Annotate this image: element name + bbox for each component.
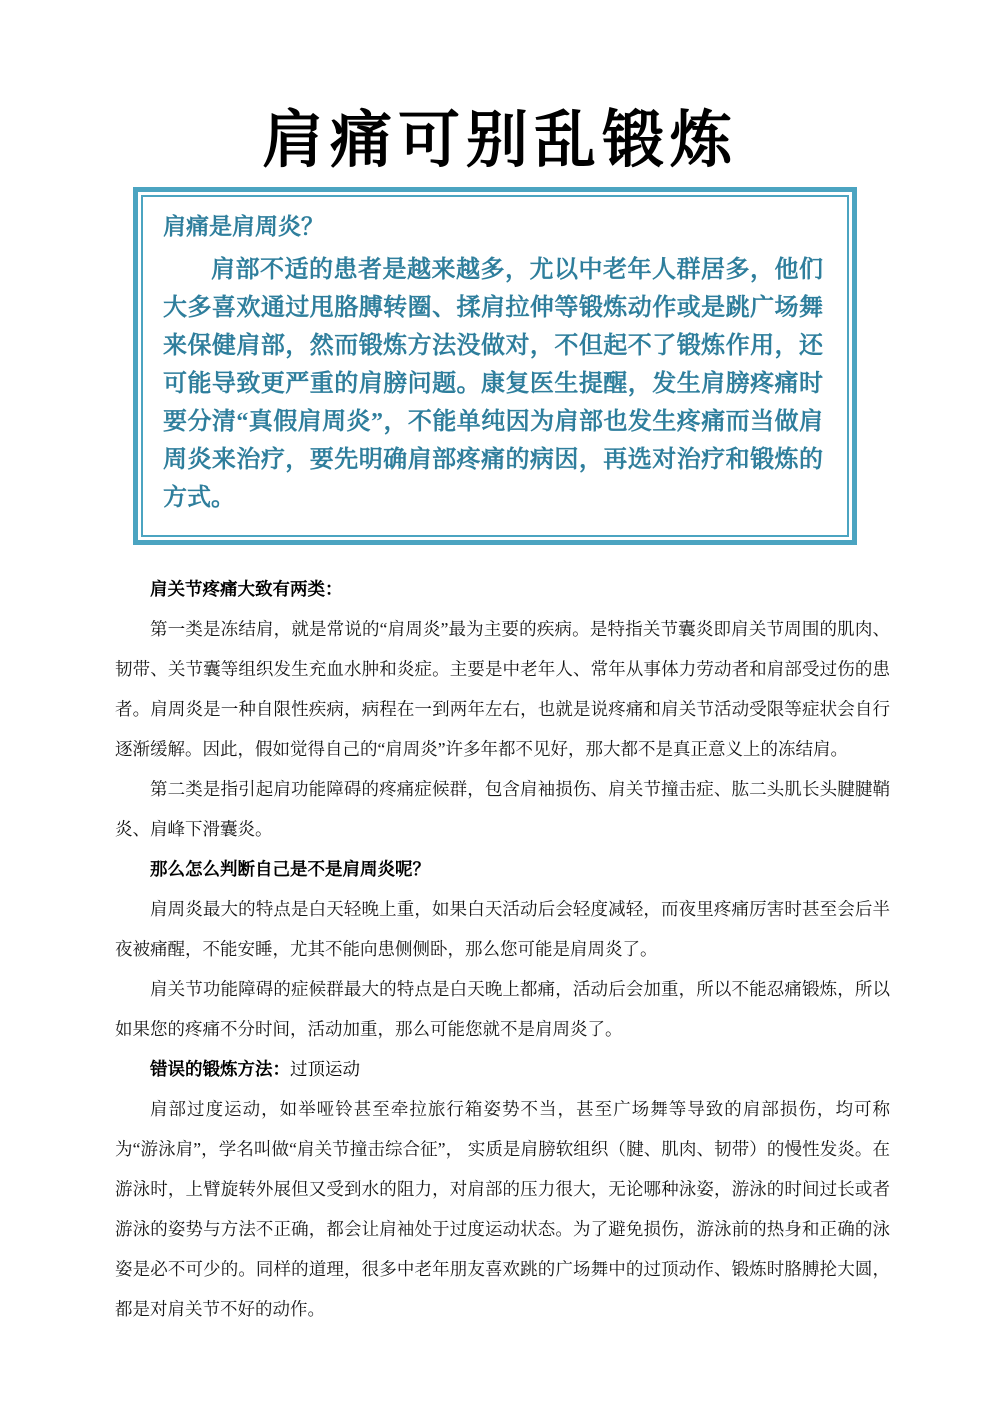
paragraph-frozen-shoulder: 第一类是冻结肩，就是常说的“肩周炎”最为主要的疾病。是特指关节囊炎即肩关节周围的… — [115, 609, 890, 769]
paragraph-overhead-motion: 肩部过度运动，如举哑铃甚至牵拉旅行箱姿势不当，甚至广场舞等导致的肩部损伤，均可称… — [115, 1089, 890, 1329]
section-heading-self-diagnosis: 那么怎么判断自己是不是肩周炎呢？ — [115, 849, 890, 889]
paragraph-dysfunction-features: 肩关节功能障碍的症候群最大的特点是白天晚上都痛，活动后会加重，所以不能忍痛锻炼，… — [115, 969, 890, 1049]
section-heading-wrong-exercise: 错误的锻炼方法：过顶运动 — [115, 1049, 890, 1089]
section-heading-two-types: 肩关节疼痛大致有两类： — [115, 569, 890, 609]
wrong-exercise-label: 错误的锻炼方法： — [150, 1059, 290, 1079]
callout-box-inner: 肩痛是肩周炎？ 肩部不适的患者是越来越多，尤以中老年人群居多，他们大多喜欢通过甩… — [141, 195, 849, 537]
wrong-exercise-value: 过顶运动 — [290, 1059, 360, 1079]
page-title: 肩痛可别乱锻炼 — [0, 0, 1000, 177]
document-page: 肩痛可别乱锻炼 肩痛是肩周炎？ 肩部不适的患者是越来越多，尤以中老年人群居多，他… — [0, 0, 1000, 1414]
paragraph-second-type: 第二类是指引起肩功能障碍的疼痛症候群，包含肩袖损伤、肩关节撞击症、肱二头肌长头腱… — [115, 769, 890, 849]
paragraph-periarthritis-features: 肩周炎最大的特点是白天轻晚上重，如果白天活动后会轻度减轻，而夜里疼痛厉害时甚至会… — [115, 889, 890, 969]
callout-body-text: 肩部不适的患者是越来越多，尤以中老年人群居多，他们大多喜欢通过甩胳膊转圈、揉肩拉… — [163, 251, 823, 517]
callout-box: 肩痛是肩周炎？ 肩部不适的患者是越来越多，尤以中老年人群居多，他们大多喜欢通过甩… — [133, 187, 857, 545]
article-body: 肩关节疼痛大致有两类： 第一类是冻结肩，就是常说的“肩周炎”最为主要的疾病。是特… — [115, 569, 890, 1329]
callout-heading: 肩痛是肩周炎？ — [163, 211, 823, 243]
